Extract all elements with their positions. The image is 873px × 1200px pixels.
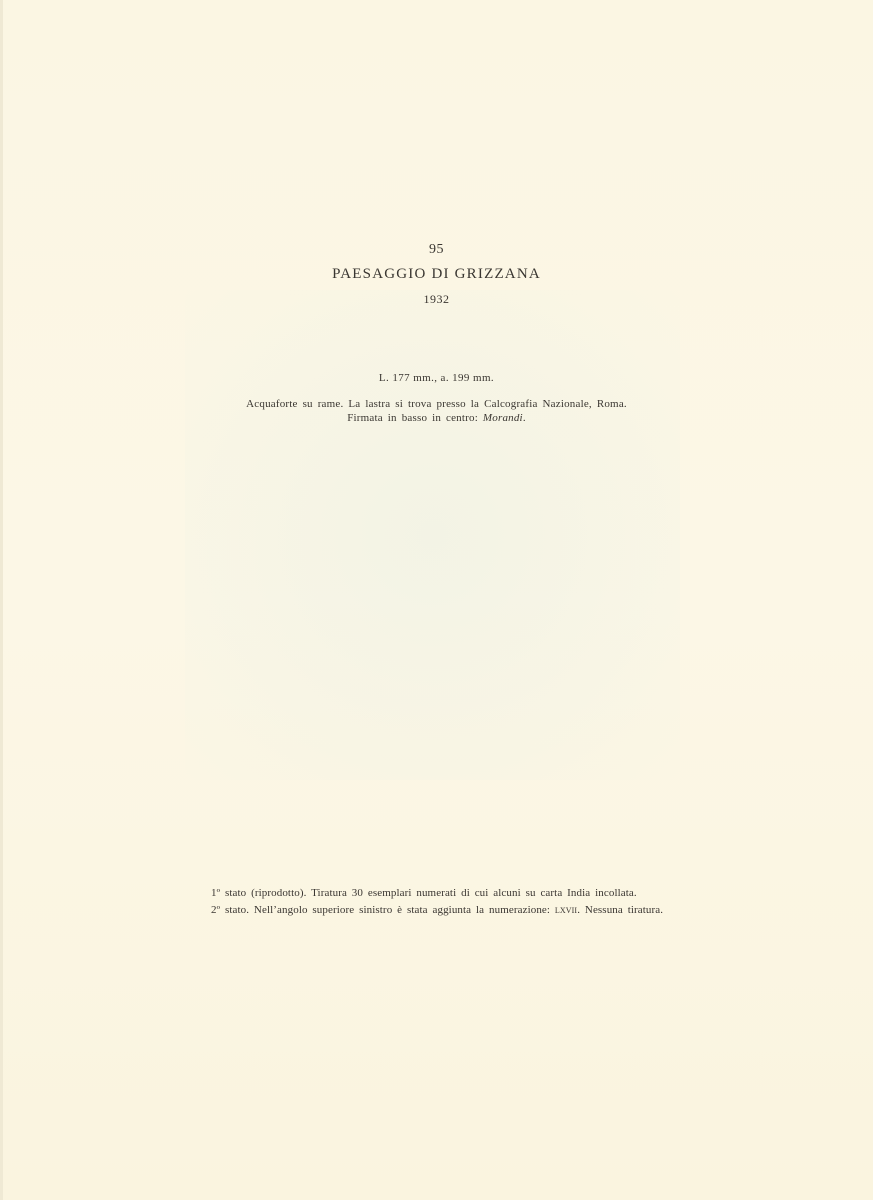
technique-description: Acquaforte su rame. La lastra si trova p… [0, 398, 873, 410]
state-2: 2º stato. Nell’angolo superiore sinistro… [211, 902, 691, 919]
signature-suffix: . [523, 412, 526, 424]
plate-number: 95 [0, 242, 873, 258]
plate-year: 1932 [0, 292, 873, 307]
etching-showthrough [185, 290, 680, 780]
signature-name: Morandi [483, 412, 523, 424]
plate-title: PAESAGGIO DI GRIZZANA [0, 266, 873, 283]
page-edge [0, 0, 3, 1200]
state-2-prefix: 2º stato. Nell’angolo superiore sinistro… [211, 904, 555, 916]
state-2-suffix: . Nessuna tiratura. [577, 904, 663, 916]
signature-line: Firmata in basso in centro: Morandi. [0, 412, 873, 424]
signature-prefix: Firmata in basso in centro: [347, 412, 483, 424]
catalogue-page: 95 PAESAGGIO DI GRIZZANA 1932 L. 177 mm.… [0, 0, 873, 1200]
plate-dimensions: L. 177 mm., a. 199 mm. [0, 372, 873, 384]
states-list: 1º stato (riprodotto). Tiratura 30 esemp… [211, 885, 691, 919]
state-2-numeral: lxvii [555, 904, 577, 916]
state-1: 1º stato (riprodotto). Tiratura 30 esemp… [211, 885, 691, 902]
